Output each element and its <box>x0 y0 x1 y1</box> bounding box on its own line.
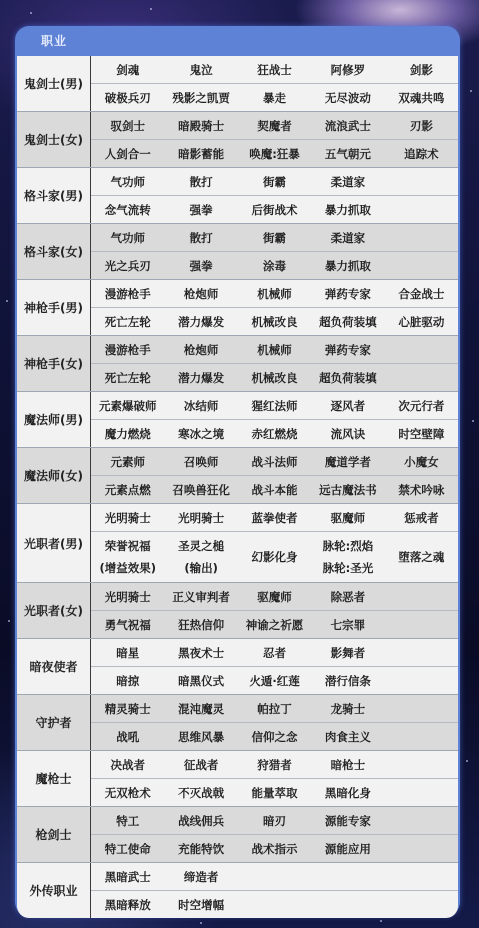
job-cell: 涂毒 <box>238 252 311 279</box>
job-table: 鬼剑士(男)剑魂鬼泣狂战士阿修罗剑影破极兵刃残影之凯贾暴走无尽波动双魂共鸣鬼剑士… <box>17 56 458 918</box>
job-cell: 勇气祝福 <box>91 611 164 638</box>
job-cell: 次元行者 <box>385 392 458 419</box>
job-category-label: 神枪手(女) <box>17 336 91 391</box>
job-cell: 召唤兽狂化 <box>164 476 237 503</box>
job-cell: 超负荷装填 <box>311 364 384 391</box>
table-row: 念气流转强拳后街战术暴力抓取 <box>91 196 458 223</box>
job-cell: 柔道家 <box>311 168 384 195</box>
job-group: 枪剑士特工战线佣兵暗刃源能专家特工使命充能特饮战术指示源能应用 <box>17 807 458 863</box>
job-rows: 暗星黑夜术士忍者影舞者暗掠暗黑仪式火遁·红莲潜行信条 <box>91 639 458 694</box>
job-cell: 荣誉祝福 (增益效果) <box>91 532 164 582</box>
job-cell: 合金战士 <box>385 280 458 307</box>
job-cell <box>385 639 458 666</box>
job-cell: 猩红法师 <box>238 392 311 419</box>
job-cell: 后街战术 <box>238 196 311 223</box>
job-cell: 暗黑仪式 <box>164 667 237 694</box>
job-cell: 缔造者 <box>164 863 237 890</box>
job-cell: 机械师 <box>238 336 311 363</box>
job-rows: 黑暗武士缔造者黑暗释放时空增幅 <box>91 863 458 918</box>
job-cell: 能量萃取 <box>238 779 311 806</box>
job-cell: 五气朝元 <box>311 140 384 167</box>
job-cell: 机械改良 <box>238 308 311 335</box>
job-cell: 寒冰之境 <box>164 420 237 447</box>
table-row: 决战者征战者狩猎者暗枪士 <box>91 751 458 779</box>
job-rows: 驭剑士暗殿骑士契魔者流浪武士刃影人剑合一暗影蓄能唤魔:狂暴五气朝元追踪术 <box>91 112 458 167</box>
job-group: 鬼剑士(男)剑魂鬼泣狂战士阿修罗剑影破极兵刃残影之凯贾暴走无尽波动双魂共鸣 <box>17 56 458 112</box>
job-cell: 流风诀 <box>311 420 384 447</box>
job-cell: 暴力抓取 <box>311 252 384 279</box>
job-cell: 唤魔:狂暴 <box>238 140 311 167</box>
job-rows: 漫游枪手枪炮师机械师弹药专家死亡左轮潜力爆发机械改良超负荷装填 <box>91 336 458 391</box>
job-cell: 街霸 <box>238 168 311 195</box>
job-cell <box>385 723 458 750</box>
job-cell: 小魔女 <box>385 448 458 475</box>
job-cell: 暗影蓄能 <box>164 140 237 167</box>
job-cell: 冰结师 <box>164 392 237 419</box>
job-cell: 人剑合一 <box>91 140 164 167</box>
job-cell: 追踪术 <box>385 140 458 167</box>
job-rows: 剑魂鬼泣狂战士阿修罗剑影破极兵刃残影之凯贾暴走无尽波动双魂共鸣 <box>91 56 458 111</box>
job-cell <box>385 695 458 722</box>
job-cell: 光之兵刃 <box>91 252 164 279</box>
job-cell: 残影之凯贾 <box>164 84 237 111</box>
job-cell: 帕拉丁 <box>238 695 311 722</box>
job-cell <box>385 611 458 638</box>
job-cell: 机械师 <box>238 280 311 307</box>
job-table-panel: 职业 鬼剑士(男)剑魂鬼泣狂战士阿修罗剑影破极兵刃残影之凯贾暴走无尽波动双魂共鸣… <box>15 26 460 916</box>
job-cell: 元素爆破师 <box>91 392 164 419</box>
job-cell: 惩戒者 <box>385 504 458 531</box>
job-group: 格斗家(男)气功师散打街霸柔道家念气流转强拳后街战术暴力抓取 <box>17 168 458 224</box>
job-cell: 除恶者 <box>311 583 384 610</box>
job-cell: 脉轮:烈焰 脉轮:圣光 <box>311 532 384 582</box>
job-cell: 时空壁障 <box>385 420 458 447</box>
job-cell: 战斗法师 <box>238 448 311 475</box>
job-cell: 战吼 <box>91 723 164 750</box>
job-group: 魔法师(男)元素爆破师冰结师猩红法师逐风者次元行者魔力燃烧寒冰之境赤红燃烧流风诀… <box>17 392 458 448</box>
job-rows: 特工战线佣兵暗刃源能专家特工使命充能特饮战术指示源能应用 <box>91 807 458 862</box>
job-cell: 光明骑士 <box>91 583 164 610</box>
job-cell: 战术指示 <box>238 835 311 862</box>
job-cell: 逐风者 <box>311 392 384 419</box>
job-category-label: 格斗家(男) <box>17 168 91 223</box>
job-cell: 破极兵刃 <box>91 84 164 111</box>
job-cell: 火遁·红莲 <box>238 667 311 694</box>
table-row: 光之兵刃强拳涂毒暴力抓取 <box>91 252 458 279</box>
job-category-label: 枪剑士 <box>17 807 91 862</box>
job-cell: 街霸 <box>238 224 311 251</box>
job-cell: 圣灵之槌 (输出) <box>164 532 237 582</box>
table-row: 元素爆破师冰结师猩红法师逐风者次元行者 <box>91 392 458 420</box>
job-cell: 魔力燃烧 <box>91 420 164 447</box>
job-cell <box>385 224 458 251</box>
job-rows: 光明骑士光明骑士蓝拳使者驱魔师惩戒者荣誉祝福 (增益效果)圣灵之槌 (输出)幻影… <box>91 504 458 582</box>
job-cell: 漫游枪手 <box>91 336 164 363</box>
job-group: 外传职业黑暗武士缔造者黑暗释放时空增幅 <box>17 863 458 918</box>
job-category-label: 魔法师(女) <box>17 448 91 503</box>
table-row: 死亡左轮潜力爆发机械改良超负荷装填 <box>91 364 458 391</box>
job-cell: 狩猎者 <box>238 751 311 778</box>
table-row: 人剑合一暗影蓄能唤魔:狂暴五气朝元追踪术 <box>91 140 458 167</box>
job-cell: 黑暗释放 <box>91 891 164 918</box>
job-cell <box>238 863 311 890</box>
job-cell: 强拳 <box>164 196 237 223</box>
job-cell: 潜力爆发 <box>164 364 237 391</box>
job-cell <box>385 168 458 195</box>
job-cell: 散打 <box>164 168 237 195</box>
job-cell: 暗星 <box>91 639 164 666</box>
job-cell: 柔道家 <box>311 224 384 251</box>
table-row: 特工使命充能特饮战术指示源能应用 <box>91 835 458 862</box>
job-cell <box>385 252 458 279</box>
job-rows: 决战者征战者狩猎者暗枪士无双枪术不灭战戟能量萃取黑暗化身 <box>91 751 458 806</box>
table-row: 破极兵刃残影之凯贾暴走无尽波动双魂共鸣 <box>91 84 458 111</box>
job-cell: 机械改良 <box>238 364 311 391</box>
job-cell: 忍者 <box>238 639 311 666</box>
job-cell: 双魂共鸣 <box>385 84 458 111</box>
job-cell: 暗掠 <box>91 667 164 694</box>
panel-title: 职业 <box>41 32 67 49</box>
job-cell: 枪炮师 <box>164 280 237 307</box>
job-cell: 弹药专家 <box>311 280 384 307</box>
job-cell: 战斗本能 <box>238 476 311 503</box>
job-cell <box>385 336 458 363</box>
job-cell: 弹药专家 <box>311 336 384 363</box>
job-cell: 刃影 <box>385 112 458 139</box>
job-group: 守护者精灵骑士混沌魔灵帕拉丁龙骑士战吼思维风暴信仰之念肉食主义 <box>17 695 458 751</box>
job-cell <box>385 835 458 862</box>
job-cell: 战线佣兵 <box>164 807 237 834</box>
job-cell: 幻影化身 <box>238 532 311 582</box>
job-cell: 光明骑士 <box>91 504 164 531</box>
job-cell: 禁术吟咏 <box>385 476 458 503</box>
job-cell: 光明骑士 <box>164 504 237 531</box>
table-row: 元素师召唤师战斗法师魔道学者小魔女 <box>91 448 458 476</box>
job-cell: 源能应用 <box>311 835 384 862</box>
table-row: 无双枪术不灭战戟能量萃取黑暗化身 <box>91 779 458 806</box>
job-cell: 死亡左轮 <box>91 364 164 391</box>
job-rows: 元素爆破师冰结师猩红法师逐风者次元行者魔力燃烧寒冰之境赤红燃烧流风诀时空壁障 <box>91 392 458 447</box>
job-cell: 特工使命 <box>91 835 164 862</box>
job-cell <box>311 863 384 890</box>
job-group: 光职者(女)光明骑士正义审判者驱魔师除恶者勇气祝福狂热信仰神谕之祈愿七宗罪 <box>17 583 458 639</box>
job-cell: 心脏驱动 <box>385 308 458 335</box>
table-row: 漫游枪手枪炮师机械师弹药专家 <box>91 336 458 364</box>
job-rows: 元素师召唤师战斗法师魔道学者小魔女元素点燃召唤兽狂化战斗本能远古魔法书禁术吟咏 <box>91 448 458 503</box>
table-row: 气功师散打街霸柔道家 <box>91 224 458 252</box>
job-group: 格斗家(女)气功师散打街霸柔道家光之兵刃强拳涂毒暴力抓取 <box>17 224 458 280</box>
job-cell: 散打 <box>164 224 237 251</box>
table-row: 光明骑士正义审判者驱魔师除恶者 <box>91 583 458 611</box>
job-cell <box>385 196 458 223</box>
job-cell: 超负荷装填 <box>311 308 384 335</box>
job-cell: 黑暗化身 <box>311 779 384 806</box>
job-category-label: 鬼剑士(女) <box>17 112 91 167</box>
job-cell <box>385 751 458 778</box>
job-cell: 决战者 <box>91 751 164 778</box>
table-row: 死亡左轮潜力爆发机械改良超负荷装填心脏驱动 <box>91 308 458 335</box>
job-cell <box>385 667 458 694</box>
job-cell: 阿修罗 <box>311 56 384 83</box>
job-cell: 狂热信仰 <box>164 611 237 638</box>
job-cell: 暴力抓取 <box>311 196 384 223</box>
job-cell: 暗刃 <box>238 807 311 834</box>
table-row: 暗星黑夜术士忍者影舞者 <box>91 639 458 667</box>
job-cell: 流浪武士 <box>311 112 384 139</box>
job-category-label: 鬼剑士(男) <box>17 56 91 111</box>
job-category-label: 光职者(男) <box>17 504 91 582</box>
job-cell: 枪炮师 <box>164 336 237 363</box>
job-cell: 驭剑士 <box>91 112 164 139</box>
table-row: 荣誉祝福 (增益效果)圣灵之槌 (输出)幻影化身脉轮:烈焰 脉轮:圣光堕落之魂 <box>91 532 458 582</box>
job-category-label: 格斗家(女) <box>17 224 91 279</box>
job-category-label: 光职者(女) <box>17 583 91 638</box>
job-cell: 召唤师 <box>164 448 237 475</box>
job-cell: 元素师 <box>91 448 164 475</box>
job-cell: 无尽波动 <box>311 84 384 111</box>
job-category-label: 魔法师(男) <box>17 392 91 447</box>
job-cell: 黑夜术士 <box>164 639 237 666</box>
job-cell: 潜力爆发 <box>164 308 237 335</box>
job-group: 魔法师(女)元素师召唤师战斗法师魔道学者小魔女元素点燃召唤兽狂化战斗本能远古魔法… <box>17 448 458 504</box>
job-category-label: 外传职业 <box>17 863 91 918</box>
job-cell <box>311 891 384 918</box>
job-cell <box>385 779 458 806</box>
job-cell: 念气流转 <box>91 196 164 223</box>
job-cell: 影舞者 <box>311 639 384 666</box>
table-row: 光明骑士光明骑士蓝拳使者驱魔师惩戒者 <box>91 504 458 532</box>
job-cell <box>385 863 458 890</box>
job-category-label: 守护者 <box>17 695 91 750</box>
table-row: 黑暗释放时空增幅 <box>91 891 458 918</box>
job-cell: 黑暗武士 <box>91 863 164 890</box>
job-cell: 神谕之祈愿 <box>238 611 311 638</box>
table-row: 黑暗武士缔造者 <box>91 863 458 891</box>
job-category-label: 魔枪士 <box>17 751 91 806</box>
table-row: 特工战线佣兵暗刃源能专家 <box>91 807 458 835</box>
job-cell <box>385 583 458 610</box>
job-cell: 正义审判者 <box>164 583 237 610</box>
table-row: 精灵骑士混沌魔灵帕拉丁龙骑士 <box>91 695 458 723</box>
job-rows: 气功师散打街霸柔道家光之兵刃强拳涂毒暴力抓取 <box>91 224 458 279</box>
job-cell: 混沌魔灵 <box>164 695 237 722</box>
job-cell: 精灵骑士 <box>91 695 164 722</box>
job-cell: 漫游枪手 <box>91 280 164 307</box>
job-cell: 肉食主义 <box>311 723 384 750</box>
job-cell: 元素点燃 <box>91 476 164 503</box>
job-cell: 狂战士 <box>238 56 311 83</box>
job-cell: 契魔者 <box>238 112 311 139</box>
job-cell: 信仰之念 <box>238 723 311 750</box>
job-category-label: 神枪手(男) <box>17 280 91 335</box>
job-cell: 鬼泣 <box>164 56 237 83</box>
job-cell: 气功师 <box>91 168 164 195</box>
job-cell: 充能特饮 <box>164 835 237 862</box>
job-cell: 不灭战戟 <box>164 779 237 806</box>
job-rows: 光明骑士正义审判者驱魔师除恶者勇气祝福狂热信仰神谕之祈愿七宗罪 <box>91 583 458 638</box>
table-row: 魔力燃烧寒冰之境赤红燃烧流风诀时空壁障 <box>91 420 458 447</box>
job-cell <box>385 364 458 391</box>
job-group: 鬼剑士(女)驭剑士暗殿骑士契魔者流浪武士刃影人剑合一暗影蓄能唤魔:狂暴五气朝元追… <box>17 112 458 168</box>
job-cell <box>238 891 311 918</box>
job-group: 暗夜使者暗星黑夜术士忍者影舞者暗掠暗黑仪式火遁·红莲潜行信条 <box>17 639 458 695</box>
job-group: 神枪手(男)漫游枪手枪炮师机械师弹药专家合金战士死亡左轮潜力爆发机械改良超负荷装… <box>17 280 458 336</box>
job-cell: 暗枪士 <box>311 751 384 778</box>
job-cell: 思维风暴 <box>164 723 237 750</box>
job-cell: 源能专家 <box>311 807 384 834</box>
job-group: 光职者(男)光明骑士光明骑士蓝拳使者驱魔师惩戒者荣誉祝福 (增益效果)圣灵之槌 … <box>17 504 458 583</box>
job-cell: 剑魂 <box>91 56 164 83</box>
job-cell: 龙骑士 <box>311 695 384 722</box>
table-row: 战吼思维风暴信仰之念肉食主义 <box>91 723 458 750</box>
table-row: 气功师散打街霸柔道家 <box>91 168 458 196</box>
table-row: 元素点燃召唤兽狂化战斗本能远古魔法书禁术吟咏 <box>91 476 458 503</box>
job-cell: 驱魔师 <box>238 583 311 610</box>
table-row: 暗掠暗黑仪式火遁·红莲潜行信条 <box>91 667 458 694</box>
job-cell: 气功师 <box>91 224 164 251</box>
job-category-label: 暗夜使者 <box>17 639 91 694</box>
table-row: 勇气祝福狂热信仰神谕之祈愿七宗罪 <box>91 611 458 638</box>
job-cell: 赤红燃烧 <box>238 420 311 447</box>
job-cell: 剑影 <box>385 56 458 83</box>
job-cell: 魔道学者 <box>311 448 384 475</box>
job-cell <box>385 891 458 918</box>
job-cell: 暗殿骑士 <box>164 112 237 139</box>
job-cell: 驱魔师 <box>311 504 384 531</box>
job-rows: 精灵骑士混沌魔灵帕拉丁龙骑士战吼思维风暴信仰之念肉食主义 <box>91 695 458 750</box>
job-cell: 时空增幅 <box>164 891 237 918</box>
job-cell: 暴走 <box>238 84 311 111</box>
job-cell: 远古魔法书 <box>311 476 384 503</box>
job-cell: 征战者 <box>164 751 237 778</box>
table-row: 漫游枪手枪炮师机械师弹药专家合金战士 <box>91 280 458 308</box>
job-cell: 潜行信条 <box>311 667 384 694</box>
job-cell: 七宗罪 <box>311 611 384 638</box>
job-cell: 死亡左轮 <box>91 308 164 335</box>
job-cell: 无双枪术 <box>91 779 164 806</box>
job-rows: 漫游枪手枪炮师机械师弹药专家合金战士死亡左轮潜力爆发机械改良超负荷装填心脏驱动 <box>91 280 458 335</box>
job-cell: 特工 <box>91 807 164 834</box>
table-row: 剑魂鬼泣狂战士阿修罗剑影 <box>91 56 458 84</box>
job-cell <box>385 807 458 834</box>
job-cell: 堕落之魂 <box>385 532 458 582</box>
job-rows: 气功师散打街霸柔道家念气流转强拳后街战术暴力抓取 <box>91 168 458 223</box>
table-row: 驭剑士暗殿骑士契魔者流浪武士刃影 <box>91 112 458 140</box>
job-group: 神枪手(女)漫游枪手枪炮师机械师弹药专家死亡左轮潜力爆发机械改良超负荷装填 <box>17 336 458 392</box>
job-cell: 蓝拳使者 <box>238 504 311 531</box>
job-group: 魔枪士决战者征战者狩猎者暗枪士无双枪术不灭战戟能量萃取黑暗化身 <box>17 751 458 807</box>
job-cell: 强拳 <box>164 252 237 279</box>
